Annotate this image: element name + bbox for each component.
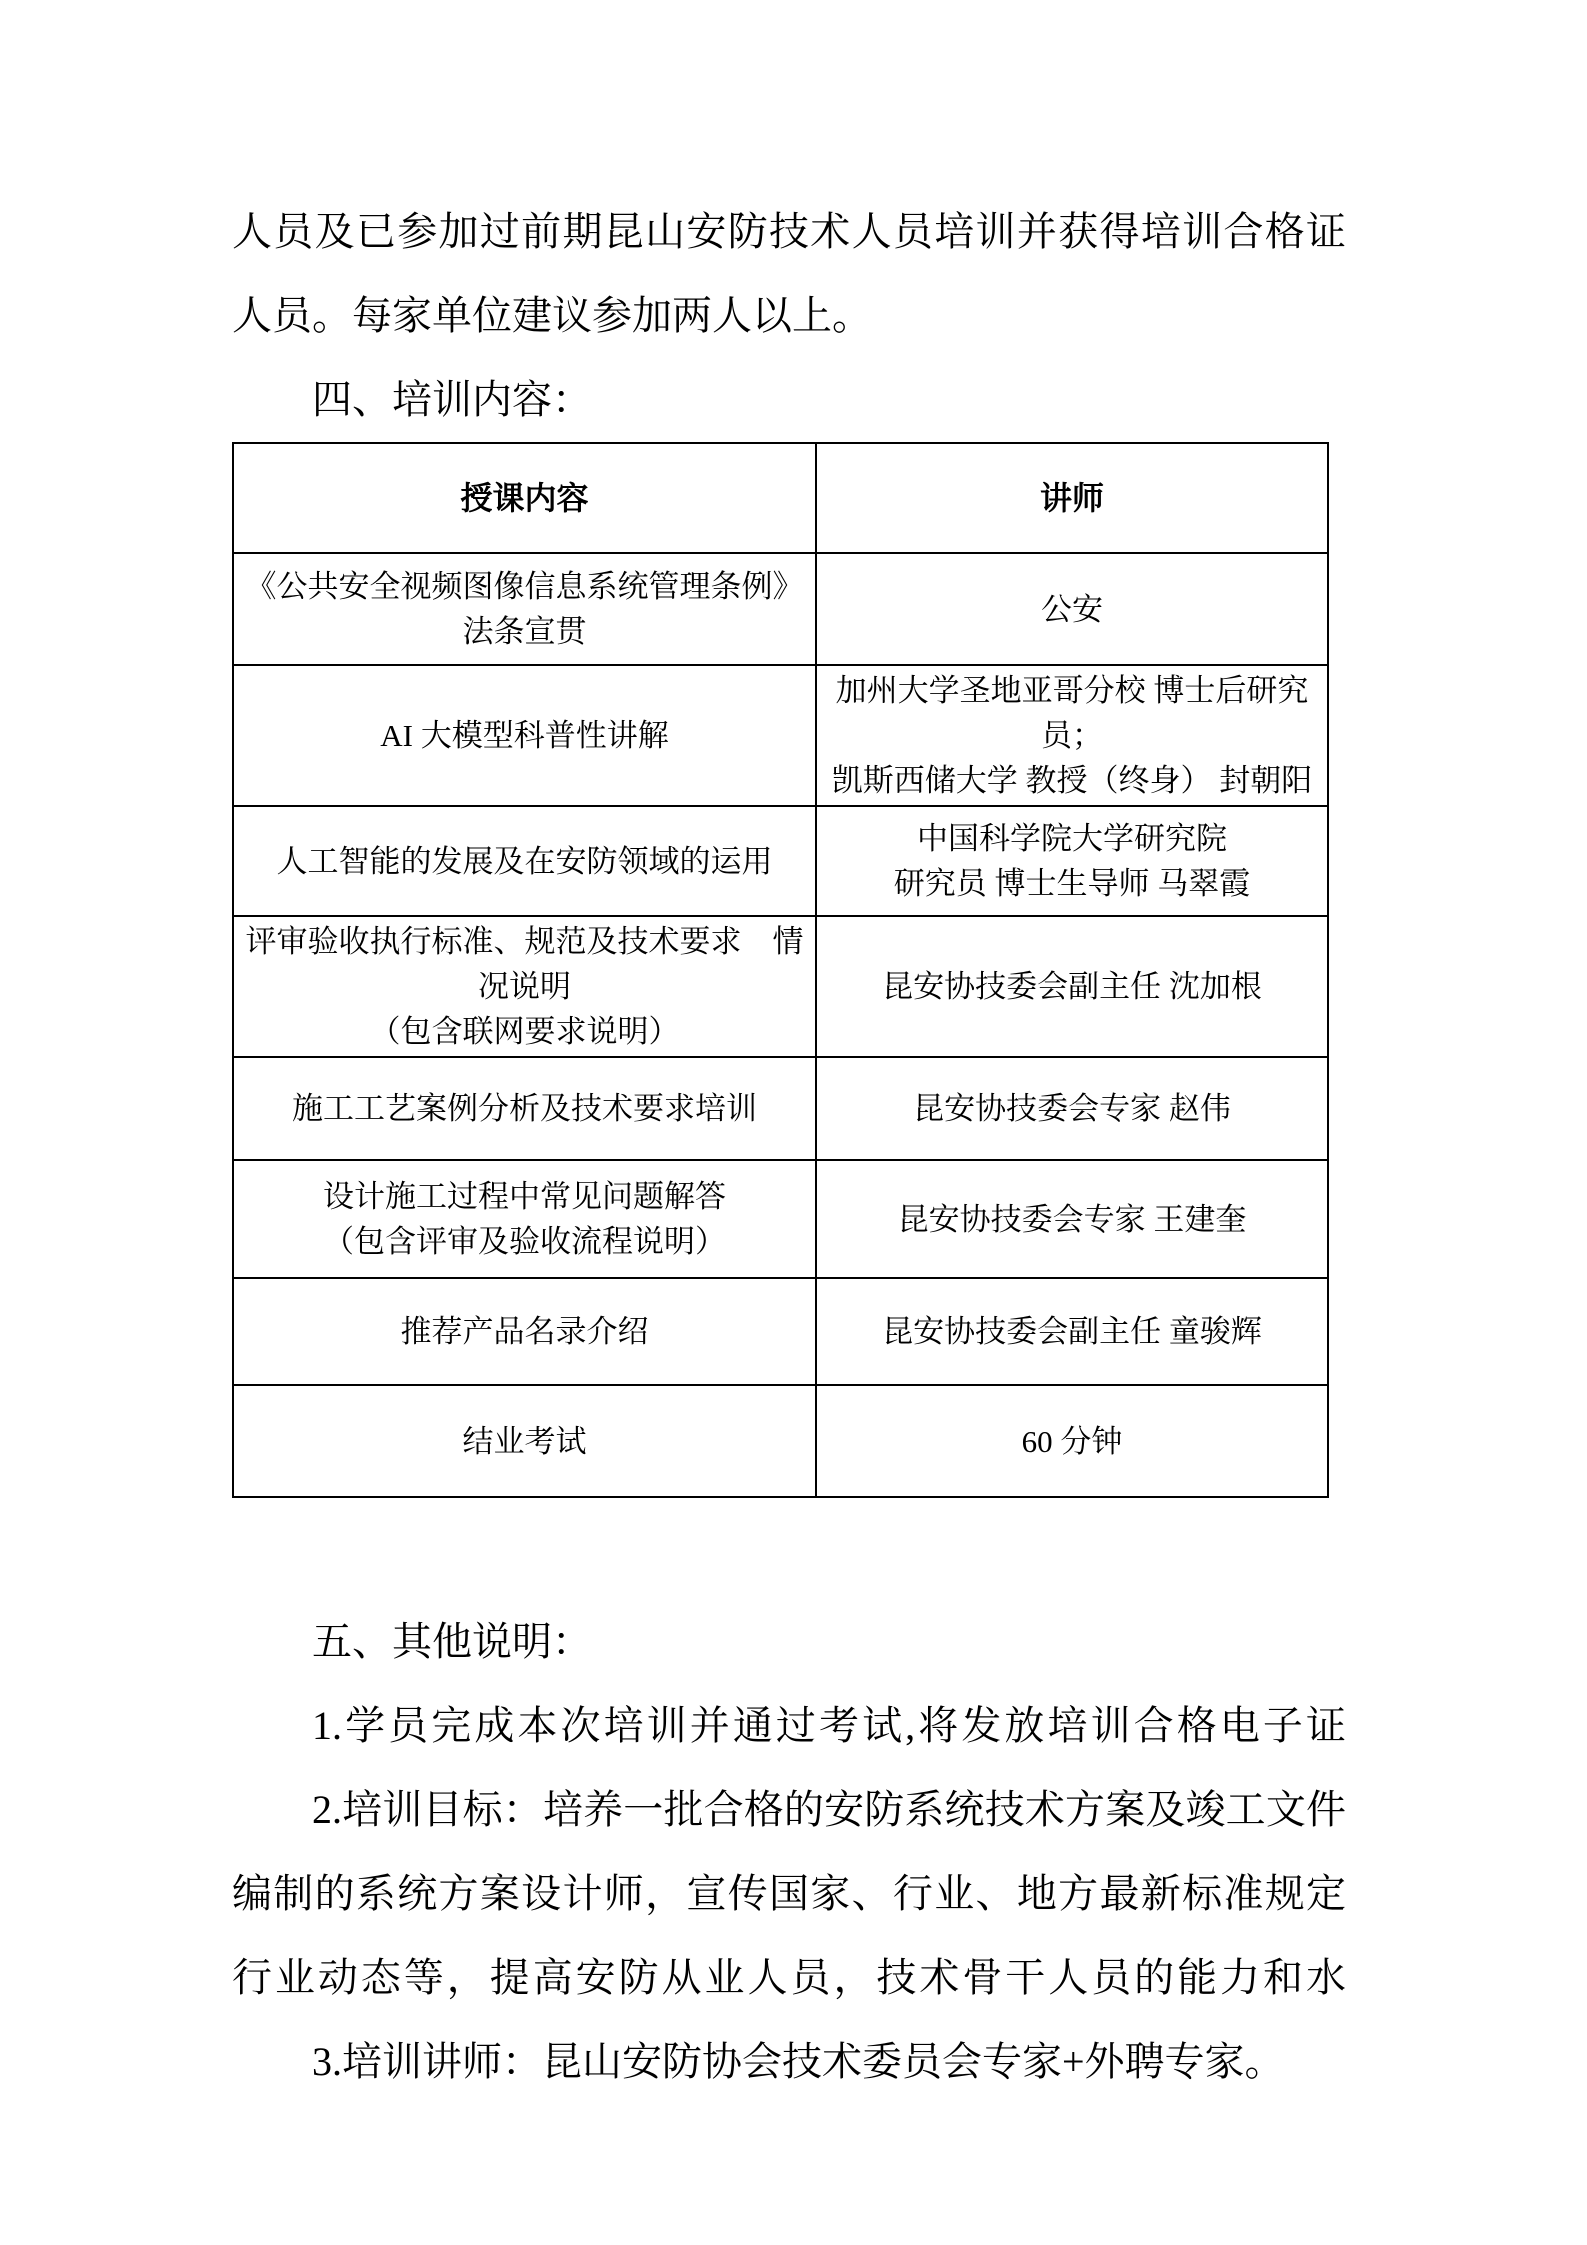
cell-text: 昆安协技委会专家 赵伟 [827, 1086, 1317, 1131]
table-cell-topic: 结业考试 [233, 1385, 816, 1497]
table-cell-topic: 人工智能的发展及在安防领域的运用 [233, 806, 816, 916]
table-cell-lecturer: 昆安协技委会副主任 沈加根 [816, 916, 1328, 1057]
cell-text: 60 分钟 [827, 1419, 1317, 1464]
table-header-lecturer: 讲师 [816, 443, 1328, 553]
table-row: AI 大模型科普性讲解 加州大学圣地亚哥分校 博士后研究员； 凯斯西储大学 教授… [233, 665, 1328, 806]
table-cell-lecturer: 中国科学院大学研究院 研究员 博士生导师 马翠霞 [816, 806, 1328, 916]
cell-text: 结业考试 [244, 1419, 805, 1464]
table-cell-topic: 施工工艺案例分析及技术要求培训 [233, 1057, 816, 1160]
table-row: 推荐产品名录介绍 昆安协技委会副主任 童骏辉 [233, 1278, 1328, 1385]
note-item-2-line-3: 行业动态等，提高安防从业人员，技术骨干人员的能力和水平。 [232, 1936, 1346, 2020]
cell-text: 昆安协技委会副主任 童骏辉 [827, 1309, 1317, 1354]
table-cell-topic: 评审验收执行标准、规范及技术要求 情况说明 （包含联网要求说明） [233, 916, 816, 1057]
table-cell-lecturer: 公安 [816, 553, 1328, 665]
training-content-table: 授课内容 讲师 《公共安全视频图像信息系统管理条例》法条宣贯 公安 AI 大模型… [232, 442, 1329, 1498]
cell-text: （包含联网要求说明） [244, 1009, 805, 1054]
paragraph-line: 人员。每家单位建议参加两人以上。 [232, 274, 1346, 358]
table-row: 结业考试 60 分钟 [233, 1385, 1328, 1497]
table-row: 施工工艺案例分析及技术要求培训 昆安协技委会专家 赵伟 [233, 1057, 1328, 1160]
table-row: 人工智能的发展及在安防领域的运用 中国科学院大学研究院 研究员 博士生导师 马翠… [233, 806, 1328, 916]
cell-text: 施工工艺案例分析及技术要求培训 [244, 1086, 805, 1131]
table-cell-lecturer: 60 分钟 [816, 1385, 1328, 1497]
table-cell-lecturer: 昆安协技委会副主任 童骏辉 [816, 1278, 1328, 1385]
table-cell-topic: 《公共安全视频图像信息系统管理条例》法条宣贯 [233, 553, 816, 665]
note-item-3: 3.培训讲师：昆山安防协会技术委员会专家+外聘专家。 [232, 2020, 1346, 2104]
cell-text: 人工智能的发展及在安防领域的运用 [244, 839, 805, 884]
table-header-row: 授课内容 讲师 [233, 443, 1328, 553]
cell-text: 评审验收执行标准、规范及技术要求 情况说明 [244, 919, 805, 1009]
table-header-topic: 授课内容 [233, 443, 816, 553]
section-4-heading: 四、培训内容： [232, 358, 1346, 442]
paragraph-line: 人员及已参加过前期昆山安防技术人员培训并获得培训合格证的 [232, 190, 1346, 274]
cell-text: 中国科学院大学研究院 [827, 816, 1317, 861]
table-cell-lecturer: 加州大学圣地亚哥分校 博士后研究员； 凯斯西储大学 教授（终身） 封朝阳 [816, 665, 1328, 806]
section-5-heading: 五、其他说明： [232, 1600, 1346, 1684]
cell-text: 凯斯西储大学 教授（终身） 封朝阳 [827, 758, 1317, 803]
cell-text: 推荐产品名录介绍 [244, 1309, 805, 1354]
cell-text: 昆安协技委会专家 王建奎 [827, 1197, 1317, 1242]
cell-text: AI 大模型科普性讲解 [244, 713, 805, 758]
cell-text: 《公共安全视频图像信息系统管理条例》法条宣贯 [244, 564, 805, 654]
note-item-2-line-1: 2.培训目标：培养一批合格的安防系统技术方案及竣工文件 [232, 1768, 1346, 1852]
cell-text: 昆安协技委会副主任 沈加根 [827, 964, 1317, 1009]
note-item-1: 1.学员完成本次培训并通过考试,将发放培训合格电子证书。 [232, 1684, 1346, 1768]
table-cell-topic: AI 大模型科普性讲解 [233, 665, 816, 806]
note-item-2-line-2: 编制的系统方案设计师，宣传国家、行业、地方最新标准规定及 [232, 1852, 1346, 1936]
cell-text: 研究员 博士生导师 马翠霞 [827, 861, 1317, 906]
table-cell-topic: 推荐产品名录介绍 [233, 1278, 816, 1385]
table-row: 评审验收执行标准、规范及技术要求 情况说明 （包含联网要求说明） 昆安协技委会副… [233, 916, 1328, 1057]
document-content: 人员及已参加过前期昆山安防技术人员培训并获得培训合格证的 人员。每家单位建议参加… [232, 0, 1346, 2104]
table-cell-lecturer: 昆安协技委会专家 赵伟 [816, 1057, 1328, 1160]
table-row: 《公共安全视频图像信息系统管理条例》法条宣贯 公安 [233, 553, 1328, 665]
cell-text: 公安 [827, 587, 1317, 632]
cell-text: 设计施工过程中常见问题解答 [244, 1174, 805, 1219]
table-cell-topic: 设计施工过程中常见问题解答 （包含评审及验收流程说明） [233, 1160, 816, 1278]
cell-text: （包含评审及验收流程说明） [244, 1219, 805, 1264]
table-row: 设计施工过程中常见问题解答 （包含评审及验收流程说明） 昆安协技委会专家 王建奎 [233, 1160, 1328, 1278]
document-page: 人员及已参加过前期昆山安防技术人员培训并获得培训合格证的 人员。每家单位建议参加… [0, 0, 1587, 2245]
cell-text: 加州大学圣地亚哥分校 博士后研究员； [827, 668, 1317, 758]
table-cell-lecturer: 昆安协技委会专家 王建奎 [816, 1160, 1328, 1278]
